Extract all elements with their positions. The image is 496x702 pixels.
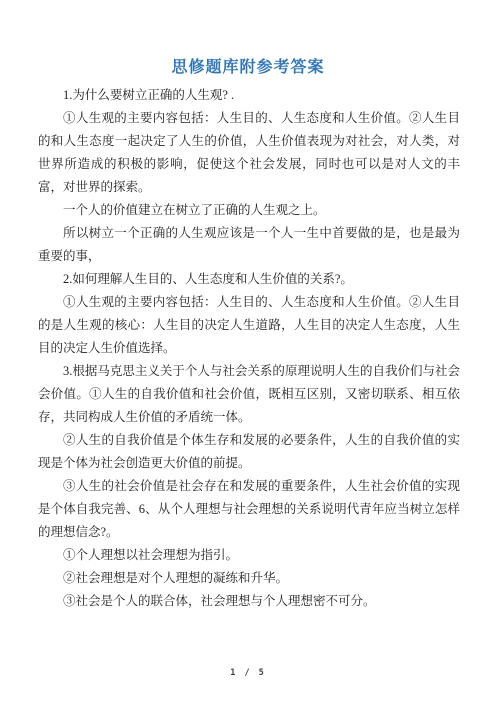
page-footer: 1 / 5	[0, 668, 496, 678]
answer-paragraph: ②人生的自我价值是个体生存和发展的必要条件，人生的自我价值的实现是个体为社会创造…	[38, 429, 460, 475]
question-paragraph: 2.如何理解人生目的、人生态度和人生价值的关系?。	[38, 268, 460, 291]
answer-paragraph: ①人生观的主要内容包括：人生目的、人生态度和人生价值。②人生目的是人生观的核心：…	[38, 291, 460, 360]
answer-paragraph: ①人生观的主要内容包括：人生目的、人生态度和人生价值。②人生目的和人生态度一起决…	[38, 107, 460, 199]
page-number: 1 / 5	[230, 668, 266, 678]
answer-paragraph: ②社会理想是对个人理想的凝练和升华。	[38, 567, 460, 590]
question-paragraph: 1.为什么要树立正确的人生观? .	[38, 84, 460, 107]
answer-paragraph: ③社会是个人的联合体，社会理想与个人理想密不可分。	[38, 590, 460, 613]
question-paragraph: 3.根据马克思主义关于个人与社会关系的原理说明人生的自我价们与社会会价值。①人生…	[38, 360, 460, 429]
document-body: 1.为什么要树立正确的人生观? . ①人生观的主要内容包括：人生目的、人生态度和…	[38, 84, 460, 613]
document-title: 思修题库附参考答案	[0, 0, 496, 79]
answer-paragraph: 所以树立一个正确的人生观应该是一个人一生中首要做的是，也是最为重要的事，	[38, 222, 460, 268]
answer-paragraph: ①个人理想以社会理想为指引。	[38, 544, 460, 567]
answer-paragraph: ③人生的社会价值是社会存在和发展的重要条件，人生社会价值的实现是个体自我完善、6…	[38, 475, 460, 544]
document-page: 思修题库附参考答案 1.为什么要树立正确的人生观? . ①人生观的主要内容包括：…	[0, 0, 496, 702]
answer-paragraph: 一个人的价值建立在树立了正确的人生观之上。	[38, 199, 460, 222]
